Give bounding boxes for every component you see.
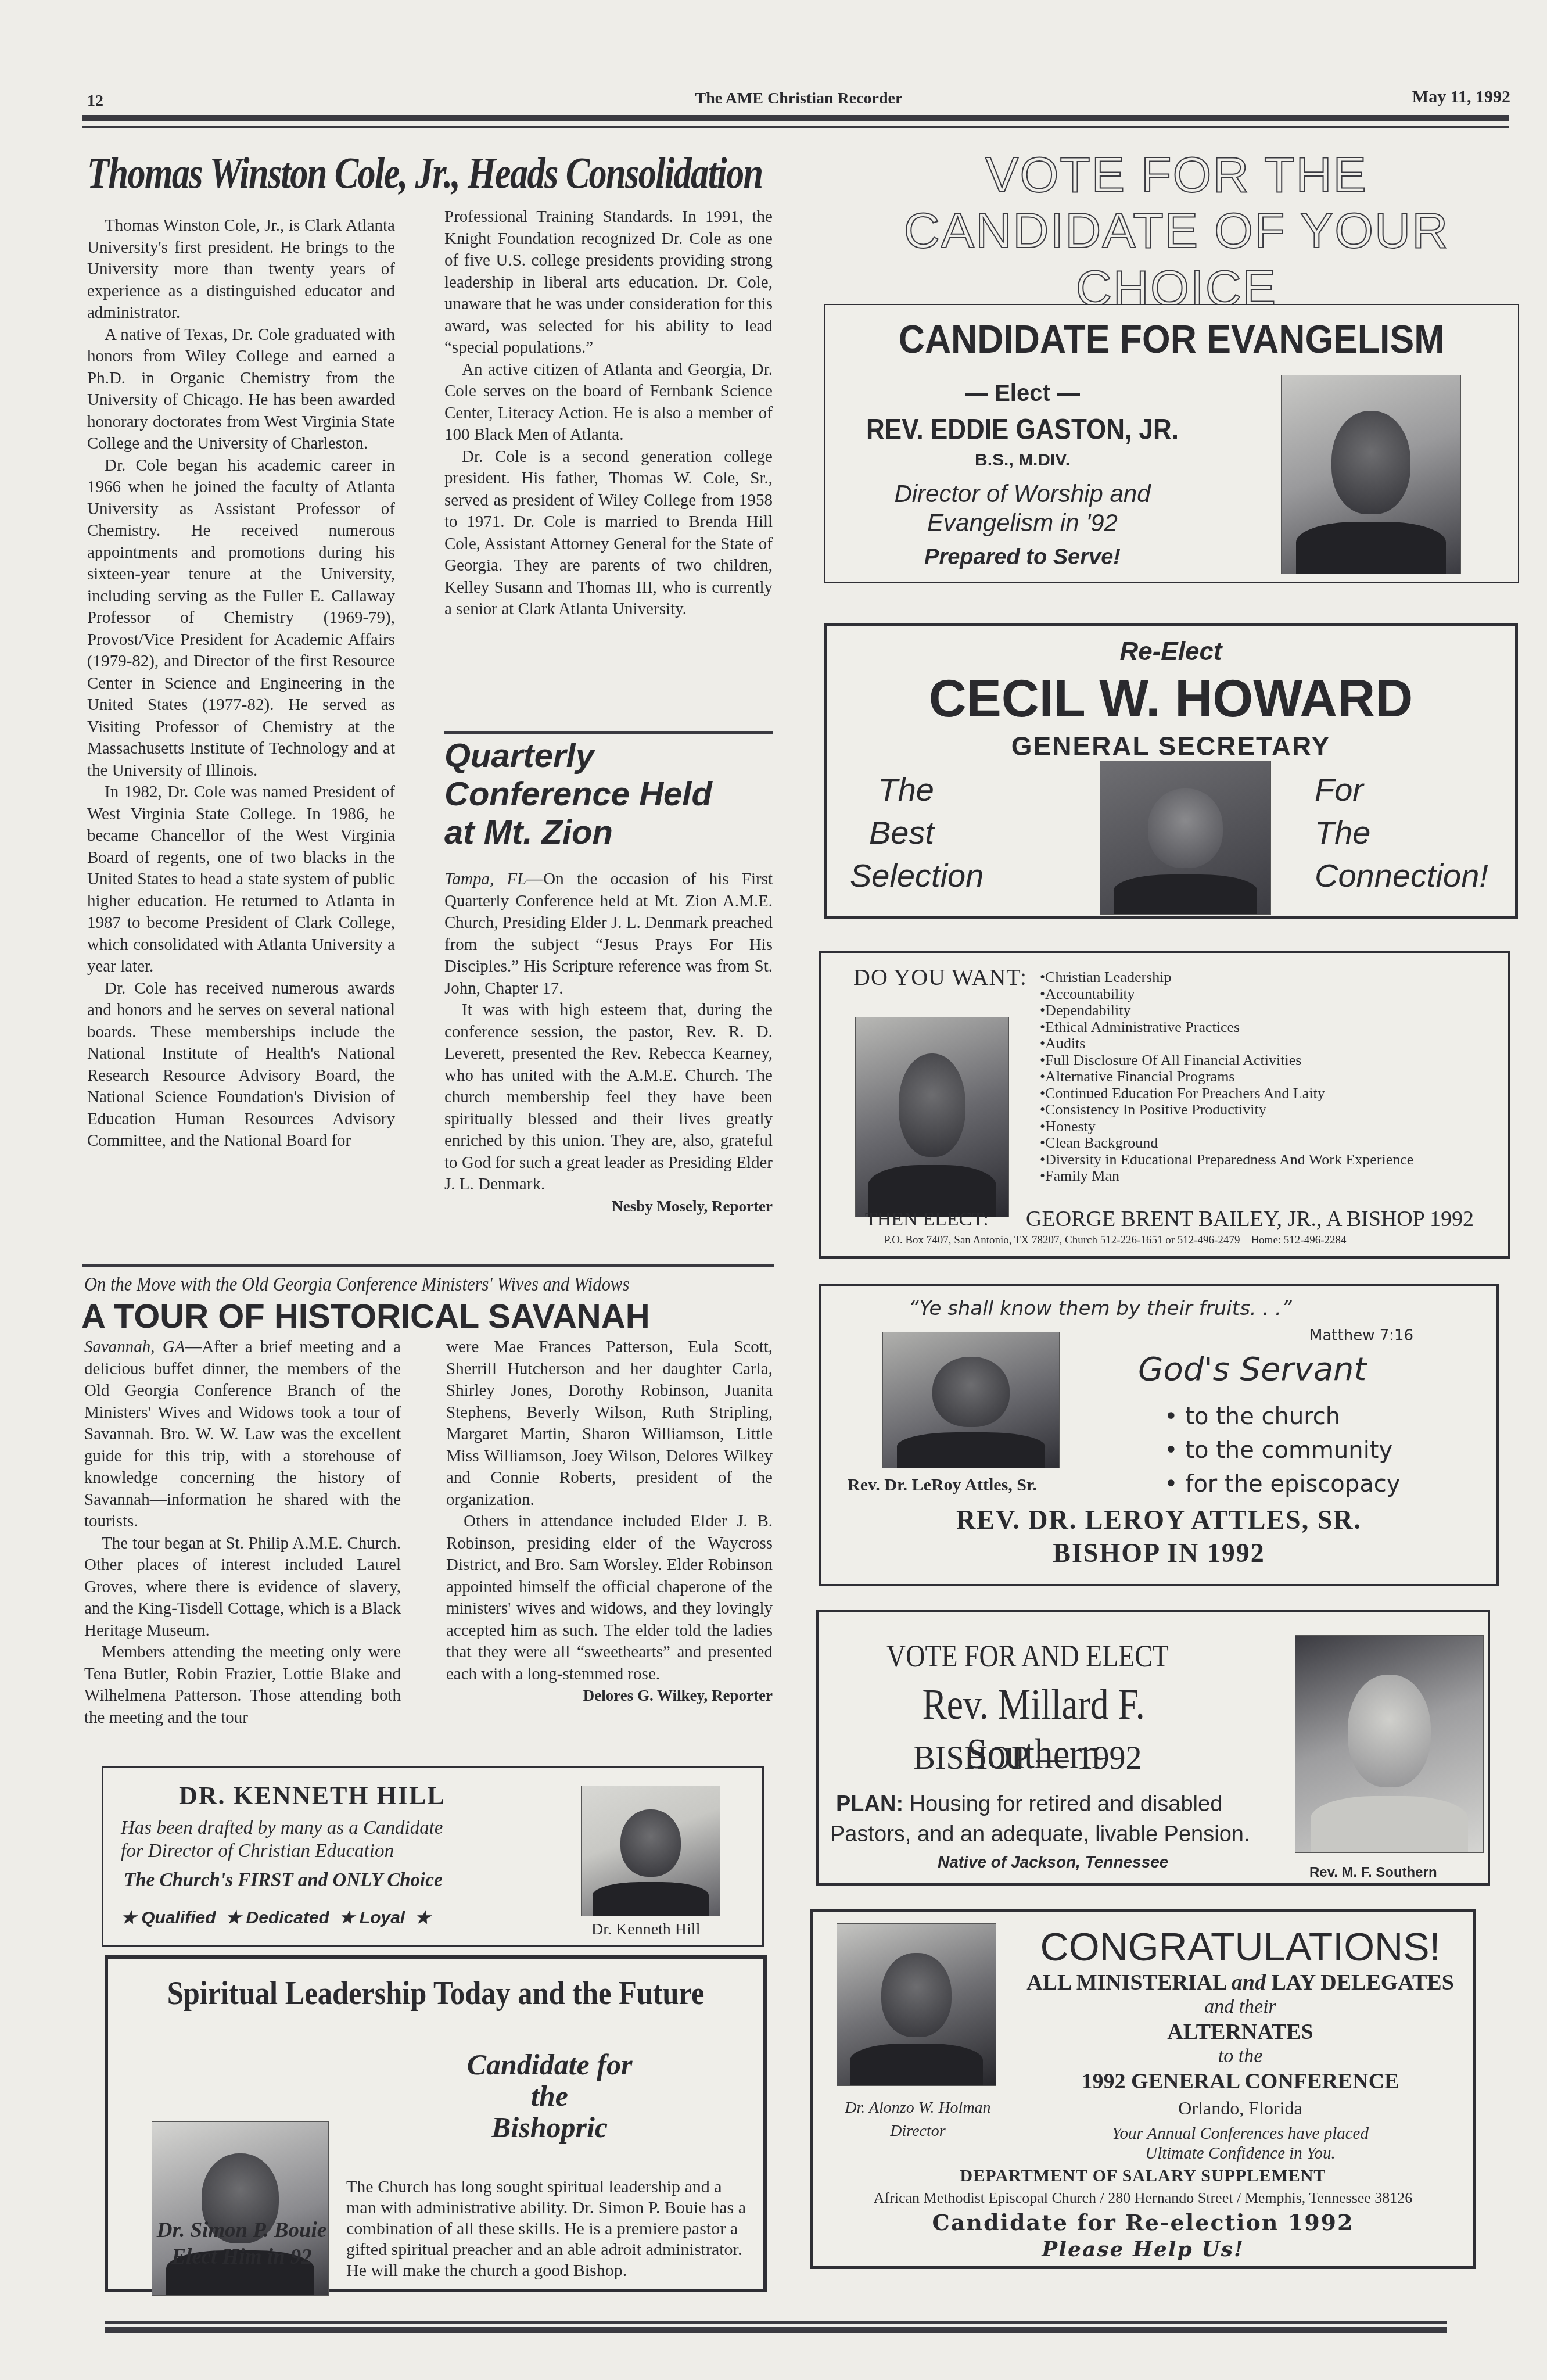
hill-line-1: Has been drafted by many as a Candidate	[121, 1818, 443, 1839]
southern-office: BISHOP — 1992	[842, 1740, 1214, 1777]
attles-quote: “Ye shall know them by their fruits. . .…	[909, 1297, 1292, 1320]
attles-bullet-list: • to the church • to the community • for…	[1164, 1400, 1400, 1501]
howard-name: CECIL W. HOWARD	[827, 669, 1515, 729]
masthead: 12 The AME Christian Recorder May 11, 19…	[87, 87, 1510, 110]
bailey-then-elect: THEN ELECT:	[865, 1209, 989, 1231]
attles-title: God's Servant	[1138, 1350, 1367, 1388]
ad-alonzo-holman: Dr. Alonzo W. Holman Director CONGRATULA…	[810, 1909, 1476, 2269]
section-divider	[444, 731, 773, 734]
publication-title: The AME Christian Recorder	[87, 89, 1510, 108]
holman-to-the: to the	[1005, 2045, 1476, 2067]
cole-column-1: Thomas Winston Cole, Jr., is Clark Atlan…	[87, 215, 395, 1152]
ad-kenneth-hill: DR. KENNETH HILL Has been drafted by man…	[102, 1766, 764, 1947]
attles-photo-caption: Rev. Dr. LeRoy Attles, Sr.	[848, 1475, 1037, 1495]
holman-confidence: Your Annual Conferences have placed Ulti…	[1005, 2124, 1476, 2163]
bailey-contact: P.O. Box 7407, San Antonio, TX 78207, Ch…	[884, 1234, 1347, 1247]
gaston-degrees: B.S., M.DIV.	[837, 450, 1208, 470]
masthead-rule-thick	[82, 115, 1509, 121]
southern-native: Native of Jackson, Tennessee	[938, 1853, 1168, 1872]
issue-date: May 11, 1992	[1412, 87, 1510, 107]
star-icon: ★	[415, 1908, 430, 1927]
savannah-paragraph: Savannah, GA—After a brief meeting and a…	[84, 1336, 401, 1533]
gaston-elect: — Elect —	[837, 381, 1208, 407]
holman-photo	[837, 1923, 996, 2086]
southern-photo-caption: Rev. M. F. Southern	[1309, 1865, 1437, 1881]
list-item: •Diversity in Educational Preparedness A…	[1040, 1152, 1413, 1169]
holman-department: DEPARTMENT OF SALARY SUPPLEMENT	[813, 2166, 1473, 2186]
bailey-candidate: GEORGE BRENT BAILEY, JR., A BISHOP 1992	[1026, 1206, 1474, 1232]
howard-pre: Re-Elect	[827, 637, 1515, 666]
howard-photo	[1100, 761, 1271, 915]
gaston-headline: CANDIDATE FOR EVANGELISM	[853, 317, 1491, 362]
savannah-column-2: were Mae Frances Patterson, Eula Scott, …	[446, 1336, 773, 1707]
attles-goal: BISHOP IN 1992	[821, 1537, 1496, 1568]
bouie-subheading: Candidate for the Bishopric	[416, 2049, 683, 2143]
gaston-tagline: Prepared to Serve!	[837, 545, 1208, 570]
list-item: • to the community	[1164, 1433, 1400, 1467]
section-divider	[82, 1264, 774, 1267]
howard-office: GENERAL SECRETARY	[827, 730, 1515, 762]
list-item: •Honesty	[1040, 1119, 1413, 1135]
howard-right-slogan: For The Connection!	[1315, 768, 1501, 897]
attles-citation: Matthew 7:16	[1309, 1327, 1413, 1345]
bouie-headline: Spiritual Leadership Today and the Futur…	[141, 1975, 730, 2012]
holman-plea: Please Help Us!	[813, 2237, 1473, 2261]
hill-qualities: ★ Qualified ★ Dedicated ★ Loyal ★	[121, 1908, 430, 1928]
hill-line-3: The Church's FIRST and ONLY Choice	[124, 1870, 443, 1891]
savannah-headline: A TOUR OF HISTORICAL SAVANAH	[81, 1297, 650, 1336]
hill-line-2: for Director of Christian Education	[121, 1841, 394, 1862]
southern-plan-label: PLAN:	[836, 1792, 903, 1816]
savannah-paragraph: The tour began at St. Philip A.M.E. Chur…	[84, 1533, 401, 1642]
holman-and-their: and their	[1005, 1996, 1476, 2018]
list-item: •Audits	[1040, 1035, 1413, 1052]
list-item: •Dependability	[1040, 1002, 1413, 1019]
vote-banner-line-2: CANDIDATE OF YOUR CHOICE	[819, 202, 1534, 317]
holman-alternates: ALTERNATES	[1005, 2019, 1476, 2045]
ad-eddie-gaston: CANDIDATE FOR EVANGELISM — Elect — REV. …	[824, 304, 1519, 583]
list-item: •Continued Education For Preachers And L…	[1040, 1085, 1413, 1102]
footer-rule-thin	[105, 2321, 1447, 2324]
holman-caption: Dr. Alonzo W. Holman Director	[825, 2096, 1011, 2143]
savannah-paragraph: Others in attendance included Elder J. B…	[446, 1511, 773, 1685]
cole-paragraph: An active citizen of Atlanta and Georgia…	[444, 359, 773, 446]
gaston-name: REV. EDDIE GASTON, JR.	[859, 413, 1186, 446]
zion-body: Tampa, FL—On the occasion of his First Q…	[444, 869, 773, 1217]
holman-address: African Methodist Episcopal Church / 280…	[813, 2189, 1473, 2207]
masthead-rule-thin	[82, 126, 1509, 128]
howard-left-slogan: The Best Selection	[850, 768, 934, 897]
hill-photo-caption: Dr. Kenneth Hill	[591, 1920, 700, 1939]
list-item: •Alternative Financial Programs	[1040, 1069, 1413, 1085]
zion-dateline: Tampa, FL	[444, 870, 526, 888]
ad-millard-southern: VOTE FOR AND ELECT Rev. Millard F. South…	[816, 1610, 1490, 1886]
ad-cecil-howard: Re-Elect CECIL W. HOWARD GENERAL SECRETA…	[824, 623, 1518, 919]
ad-leroy-attles: “Ye shall know them by their fruits. . .…	[819, 1284, 1499, 1586]
star-icon: ★	[225, 1908, 241, 1927]
list-item: •Clean Background	[1040, 1135, 1413, 1152]
footer-rule-thick	[105, 2327, 1447, 2333]
zion-paragraph: It was with high esteem that, during the…	[444, 999, 773, 1196]
holman-caption-title: Director	[825, 2120, 1011, 2143]
savannah-dateline: Savannah, GA	[84, 1338, 185, 1356]
star-icon: ★	[339, 1908, 355, 1927]
cole-paragraph: Dr. Cole began his academic career in 19…	[87, 455, 395, 782]
bailey-prompt: DO YOU WANT:	[853, 963, 1027, 991]
southern-photo	[1295, 1635, 1484, 1853]
bouie-caption: Dr. Simon P. Bouie Elect Him in 92	[137, 2217, 346, 2271]
cole-column-2: Professional Training Standards. In 1991…	[444, 206, 773, 621]
list-item: •Christian Leadership	[1040, 969, 1413, 986]
list-item: • to the church	[1164, 1400, 1400, 1433]
bailey-qualities-list: •Christian Leadership •Accountability •D…	[1040, 969, 1413, 1185]
savannah-kicker: On the Move with the Old Georgia Confere…	[84, 1274, 712, 1296]
holman-conference: 1992 GENERAL CONFERENCE	[1005, 2069, 1476, 2094]
ad-george-brent-bailey: DO YOU WANT: •Christian Leadership •Acco…	[819, 951, 1510, 1259]
holman-location: Orlando, Florida	[1005, 2098, 1476, 2119]
southern-pre: VOTE FOR AND ELECT	[870, 1638, 1186, 1674]
holman-headline: CONGRATULATIONS!	[1005, 1924, 1476, 1970]
savannah-column-1: Savannah, GA—After a brief meeting and a…	[84, 1336, 401, 1729]
zion-headline: Quarterly Conference Held at Mt. Zion	[444, 737, 746, 852]
cole-paragraph: In 1982, Dr. Cole was named President of…	[87, 782, 395, 978]
cole-paragraph: A native of Texas, Dr. Cole graduated wi…	[87, 324, 395, 455]
holman-caption-name: Dr. Alonzo W. Holman	[825, 2096, 1011, 2120]
zion-byline: Nesby Mosely, Reporter	[444, 1196, 773, 1218]
savannah-byline: Delores G. Wilkey, Reporter	[446, 1685, 773, 1707]
list-item: •Accountability	[1040, 986, 1413, 1003]
hill-photo	[581, 1786, 720, 1916]
star-icon: ★	[121, 1908, 137, 1927]
bouie-body: The Church has long sought spiritual lea…	[346, 2177, 747, 2281]
attles-name: REV. DR. LEROY ATTLES, SR.	[821, 1504, 1496, 1535]
attles-photo	[882, 1332, 1060, 1468]
bailey-photo	[855, 1017, 1009, 1217]
cole-paragraph: Dr. Cole has received numerous awards an…	[87, 978, 395, 1152]
holman-reelect: Candidate for Re-election 1992	[813, 2209, 1473, 2235]
vote-banner-line-1: VOTE FOR THE	[819, 146, 1534, 204]
cole-paragraph: Thomas Winston Cole, Jr., is Clark Atlan…	[87, 215, 395, 324]
list-item: •Consistency In Positive Productivity	[1040, 1102, 1413, 1119]
list-item: •Ethical Administrative Practices	[1040, 1019, 1413, 1036]
savannah-paragraph: were Mae Frances Patterson, Eula Scott, …	[446, 1336, 773, 1511]
gaston-role: Director of Worship and Evangelism in '9…	[837, 479, 1208, 537]
cole-paragraph: Dr. Cole is a second generation college …	[444, 446, 773, 621]
gaston-photo	[1281, 375, 1461, 574]
list-item: •Full Disclosure Of All Financial Activi…	[1040, 1052, 1413, 1069]
holman-delegates: ALL MINISTERIAL and LAY DELEGATES	[1005, 1970, 1476, 1995]
southern-plan: PLAN: Housing for retired and disabled P…	[830, 1789, 1289, 1849]
ad-simon-bouie: Spiritual Leadership Today and the Futur…	[105, 1955, 767, 2292]
zion-paragraph: Tampa, FL—On the occasion of his First Q…	[444, 869, 773, 999]
list-item: • for the episcopacy	[1164, 1467, 1400, 1501]
hill-name: DR. KENNETH HILL	[179, 1781, 446, 1811]
savannah-paragraph: Members attending the meeting only were …	[84, 1641, 401, 1729]
cole-headline: Thomas Winston Cole, Jr., Heads Consolid…	[87, 148, 763, 199]
list-item: •Family Man	[1040, 1168, 1413, 1185]
cole-paragraph: Professional Training Standards. In 1991…	[444, 206, 773, 359]
